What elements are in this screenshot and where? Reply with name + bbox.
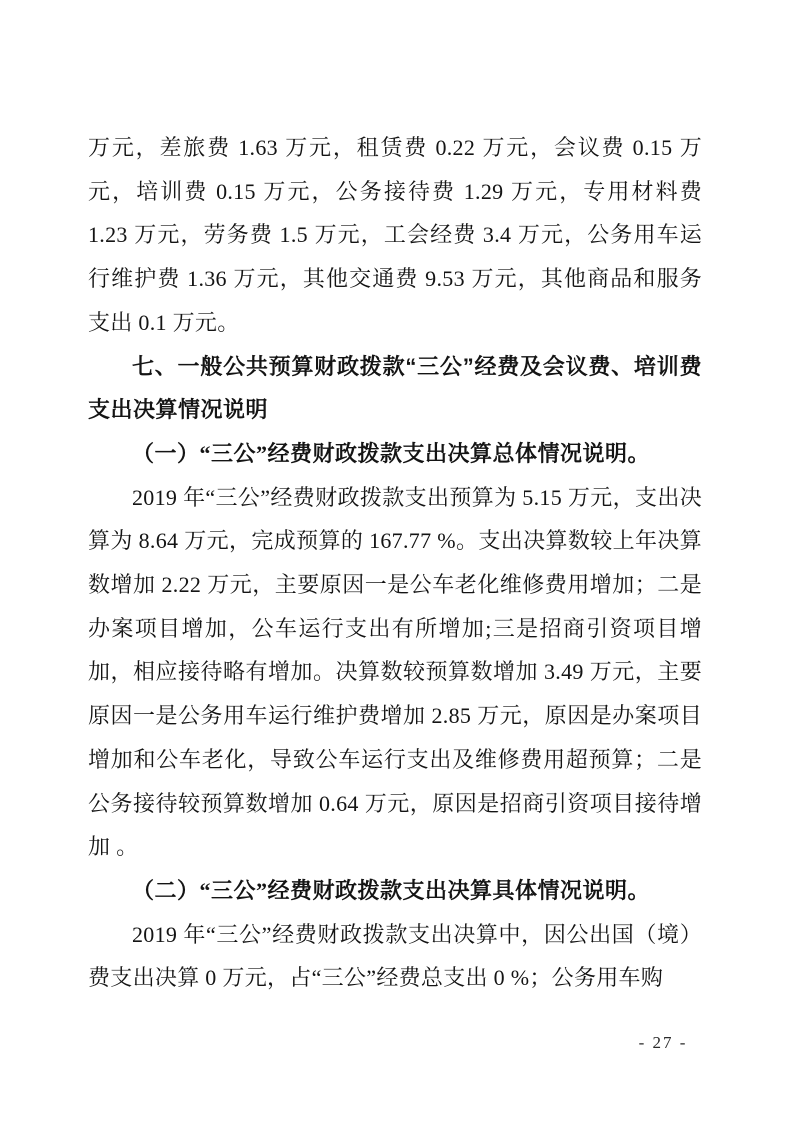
- section-heading-seven: 七、一般公共预算财政拨款“三公”经费及会议费、培训费支出决算情况说明: [88, 345, 702, 432]
- document-page: 万元，差旅费 1.63 万元，租赁费 0.22 万元，会议费 0.15 万元，培…: [0, 0, 793, 1122]
- subsection-heading-one: （一）“三公”经费财政拨款支出决算总体情况说明。: [88, 432, 702, 476]
- paragraph-detail-explanation: 2019 年“三公”经费财政拨款支出决算中，因公出国（境）费支出决算 0 万元，…: [88, 913, 702, 1000]
- page-number: - 27 -: [608, 1031, 718, 1055]
- paragraph-expense-breakdown-continuation: 万元，差旅费 1.63 万元，租赁费 0.22 万元，会议费 0.15 万元，培…: [88, 126, 702, 345]
- paragraph-overall-explanation: 2019 年“三公”经费财政拨款支出预算为 5.15 万元，支出决算为 8.64…: [88, 476, 702, 869]
- subsection-heading-two: （二）“三公”经费财政拨款支出决算具体情况说明。: [88, 869, 702, 913]
- document-content: 万元，差旅费 1.63 万元，租赁费 0.22 万元，会议费 0.15 万元，培…: [88, 126, 702, 1000]
